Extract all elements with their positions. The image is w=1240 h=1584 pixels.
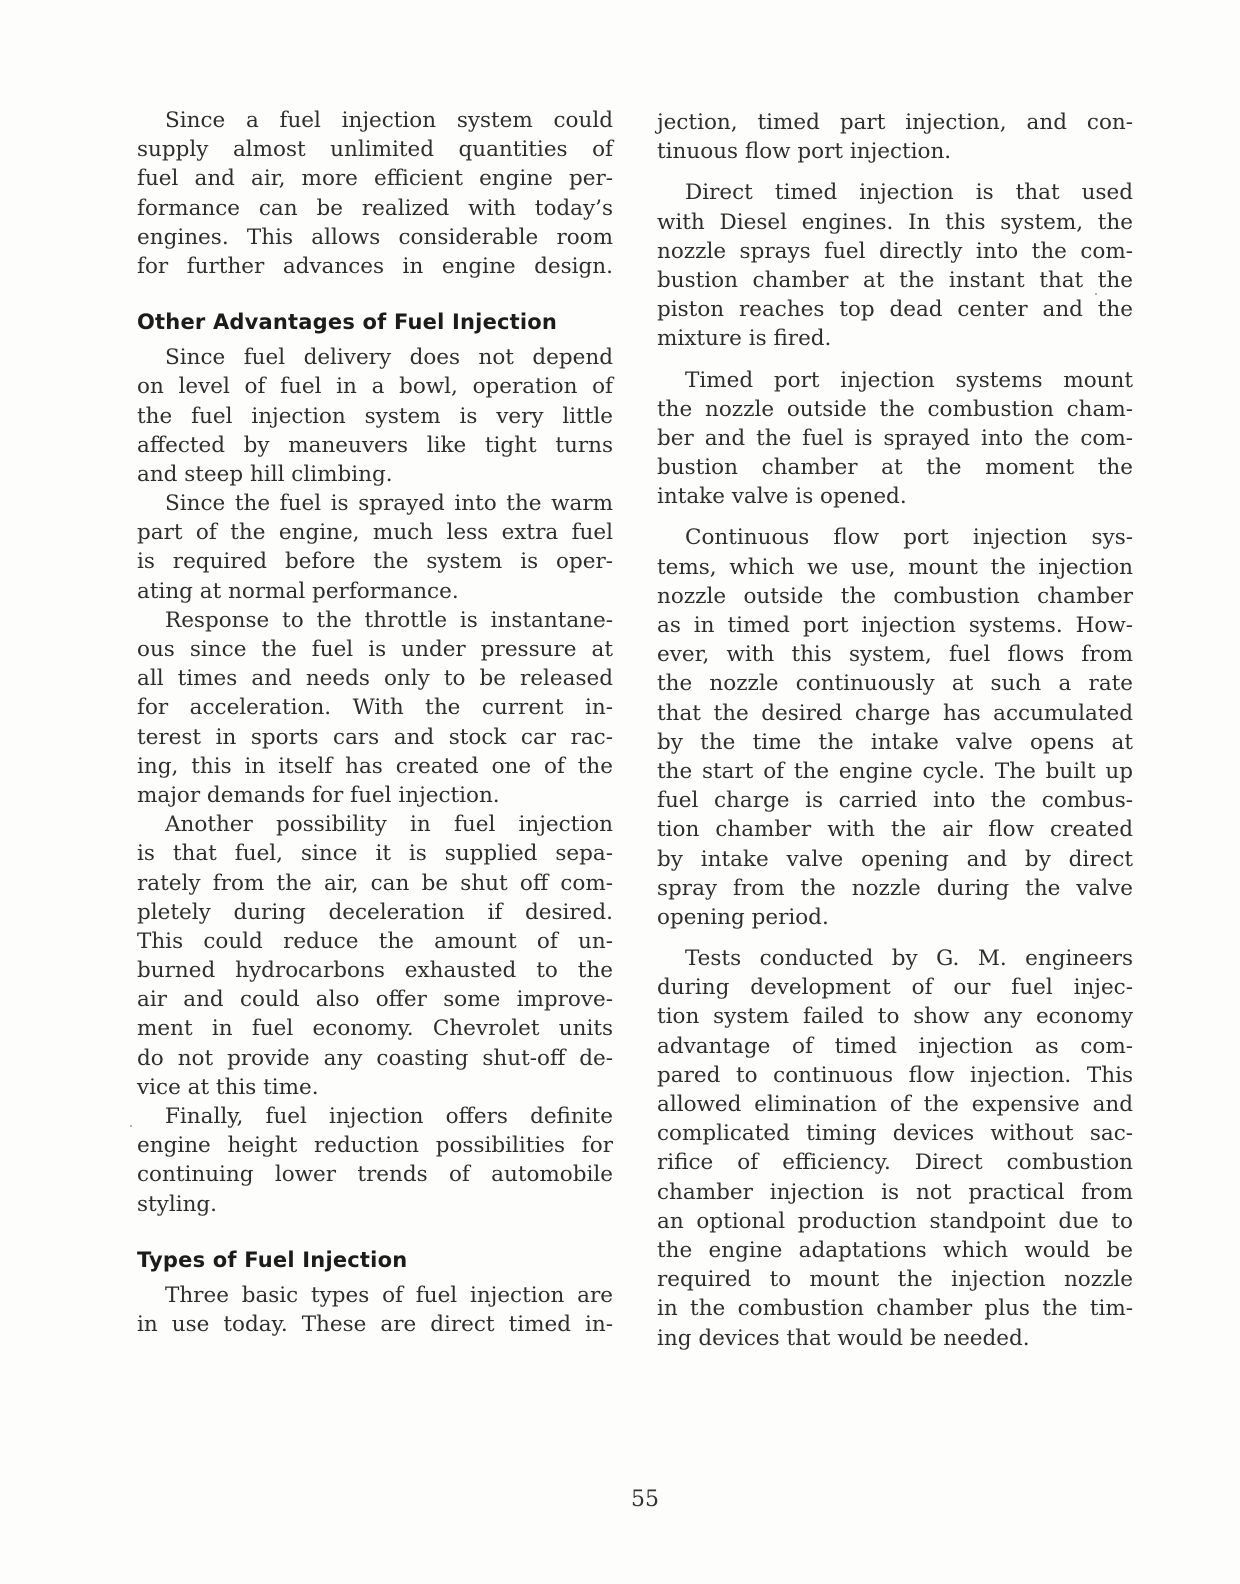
text-line: terest in sports cars and stock car rac- <box>137 723 613 752</box>
text-line: tinuous flow port injection. <box>657 137 1133 166</box>
paragraph-deceleration-shutoff: Another possibility in fuel injection is… <box>137 810 613 1102</box>
text-line: Since fuel delivery does not depend <box>137 343 613 372</box>
text-line: fuel and air, more efficient engine per- <box>137 164 613 193</box>
text-line: is that fuel, since it is supplied sepa- <box>137 839 613 868</box>
text-line: do not provide any coasting shut-off de- <box>137 1044 613 1073</box>
text-line: the start of the engine cycle. The built… <box>657 757 1133 786</box>
text-line: styling. <box>137 1190 613 1219</box>
text-line: Tests conducted by G. M. engineers <box>657 944 1133 973</box>
text-line: spray from the nozzle during the valve <box>657 874 1133 903</box>
text-line: engine height reduction possibilities fo… <box>137 1131 613 1160</box>
text-line: allowed elimination of the expensive and <box>657 1090 1133 1119</box>
text-line: with Diesel engines. In this system, the <box>657 208 1133 237</box>
text-line: required to mount the injection nozzle <box>657 1265 1133 1294</box>
text-line: chamber injection is not practical from <box>657 1178 1133 1207</box>
text-line: fuel charge is carried into the combus- <box>657 786 1133 815</box>
text-line: continuing lower trends of automobile <box>137 1160 613 1189</box>
paragraph-gm-tests: Tests conducted by G. M. engineers durin… <box>657 944 1133 1353</box>
text-line: advantage of timed injection as com- <box>657 1032 1133 1061</box>
text-line: by intake valve opening and by direct <box>657 845 1133 874</box>
text-line: Three basic types of fuel injection are <box>137 1281 613 1310</box>
text-line: Continuous flow port injection sys- <box>657 523 1133 552</box>
text-line: is required before the system is oper- <box>137 547 613 576</box>
text-line: nozzle sprays fuel directly into the com… <box>657 237 1133 266</box>
text-line: pletely during deceleration if desired. <box>137 898 613 927</box>
text-line: Timed port injection systems mount <box>657 366 1133 395</box>
section-heading-types: Types of Fuel Injection <box>137 1245 613 1275</box>
text-line: air and could also offer some improve- <box>137 985 613 1014</box>
text-line: the engine adaptations which would be <box>657 1236 1133 1265</box>
text-line: Direct timed injection is that used <box>657 178 1133 207</box>
section-heading-other-advantages: Other Advantages of Fuel Injection <box>137 307 613 337</box>
text-line: by the time the intake valve opens at <box>657 728 1133 757</box>
text-line: that the desired charge has accumulated <box>657 699 1133 728</box>
paragraph-fuel-delivery: Since fuel delivery does not depend on l… <box>137 343 613 489</box>
text-line: This could reduce the amount of un- <box>137 927 613 956</box>
scan-speck <box>130 1125 132 1127</box>
text-line: ing, this in itself has created one of t… <box>137 752 613 781</box>
text-line: piston reaches top dead center and the <box>657 295 1133 324</box>
text-line: rately from the air, can be shut off com… <box>137 869 613 898</box>
text-line: ber and the fuel is sprayed into the com… <box>657 424 1133 453</box>
text-line: the nozzle continuously at such a rate <box>657 669 1133 698</box>
text-line: vice at this time. <box>137 1073 613 1102</box>
text-line: bustion chamber at the moment the <box>657 453 1133 482</box>
paragraph-timed-port: Timed port injection systems mount the n… <box>657 366 1133 512</box>
text-line: burned hydrocarbons exhausted to the <box>137 956 613 985</box>
text-line: ous since the fuel is under pressure at <box>137 635 613 664</box>
text-line: ever, with this system, fuel flows from <box>657 640 1133 669</box>
text-line: the fuel injection system is very little <box>137 402 613 431</box>
paragraph-warm-engine: Since the fuel is sprayed into the warm … <box>137 489 613 606</box>
text-line: Finally, fuel injection offers definite <box>137 1102 613 1131</box>
text-line: ating at normal performance. <box>137 577 613 606</box>
text-line: an optional production standpoint due to <box>657 1207 1133 1236</box>
text-line: affected by maneuvers like tight turns <box>137 431 613 460</box>
text-line: all times and needs only to be released <box>137 664 613 693</box>
text-line: on level of fuel in a bowl, operation of <box>137 372 613 401</box>
text-line: for acceleration. With the current in- <box>137 693 613 722</box>
text-line: in use today. These are direct timed in- <box>137 1310 613 1339</box>
text-line: tion chamber with the air flow created <box>657 815 1133 844</box>
text-line: and steep hill climbing. <box>137 460 613 489</box>
text-line: formance can be realized with today’s <box>137 194 613 223</box>
text-line: tion system failed to show any economy <box>657 1002 1133 1031</box>
paragraph-throttle-response: Response to the throttle is instantane- … <box>137 606 613 810</box>
text-line: the nozzle outside the combustion cham- <box>657 395 1133 424</box>
text-line: engines. This allows considerable room <box>137 223 613 252</box>
paragraph-continuous-flow: Continuous flow port injection sys- tems… <box>657 523 1133 932</box>
text-line: tems, which we use, mount the injection <box>657 553 1133 582</box>
page-number: 55 <box>620 1487 670 1512</box>
text-line: ment in fuel economy. Chevrolet units <box>137 1014 613 1043</box>
left-column: Since a fuel injection system could supp… <box>137 106 613 1339</box>
paragraph-efficiency: Since a fuel injection system could supp… <box>137 106 613 281</box>
right-column: jection, timed part injection, and con- … <box>657 108 1133 1353</box>
paragraph-direct-timed: Direct timed injection is that used with… <box>657 178 1133 353</box>
text-line: ing devices that would be needed. <box>657 1324 1133 1353</box>
text-line: pared to continuous flow injection. This <box>657 1061 1133 1090</box>
text-line: major demands for fuel injection. <box>137 781 613 810</box>
paragraph-three-types: Three basic types of fuel injection are … <box>137 1281 613 1339</box>
paragraph-engine-height: Finally, fuel injection offers definite … <box>137 1102 613 1219</box>
text-line: Response to the throttle is instantane- <box>137 606 613 635</box>
text-line: rifice of efficiency. Direct combustion <box>657 1148 1133 1177</box>
text-line: mixture is fired. <box>657 324 1133 353</box>
text-line: complicated timing devices without sac- <box>657 1119 1133 1148</box>
paragraph-types-continued: jection, timed part injection, and con- … <box>657 108 1133 166</box>
text-line: jection, timed part injection, and con- <box>657 108 1133 137</box>
text-line: nozzle outside the combustion chamber <box>657 582 1133 611</box>
text-line: bustion chamber at the instant that the <box>657 266 1133 295</box>
text-line: during development of our fuel injec- <box>657 973 1133 1002</box>
text-line: in the combustion chamber plus the tim- <box>657 1294 1133 1323</box>
text-line: supply almost unlimited quantities of <box>137 135 613 164</box>
text-line: opening period. <box>657 903 1133 932</box>
text-line: Another possibility in fuel injection <box>137 810 613 839</box>
text-line: Since the fuel is sprayed into the warm <box>137 489 613 518</box>
text-line: part of the engine, much less extra fuel <box>137 518 613 547</box>
scan-speck <box>1095 293 1097 295</box>
text-line: Since a fuel injection system could <box>137 106 613 135</box>
text-line: intake valve is opened. <box>657 482 1133 511</box>
text-line: for further advances in engine design. <box>137 252 613 281</box>
text-line: as in timed port injection systems. How- <box>657 611 1133 640</box>
